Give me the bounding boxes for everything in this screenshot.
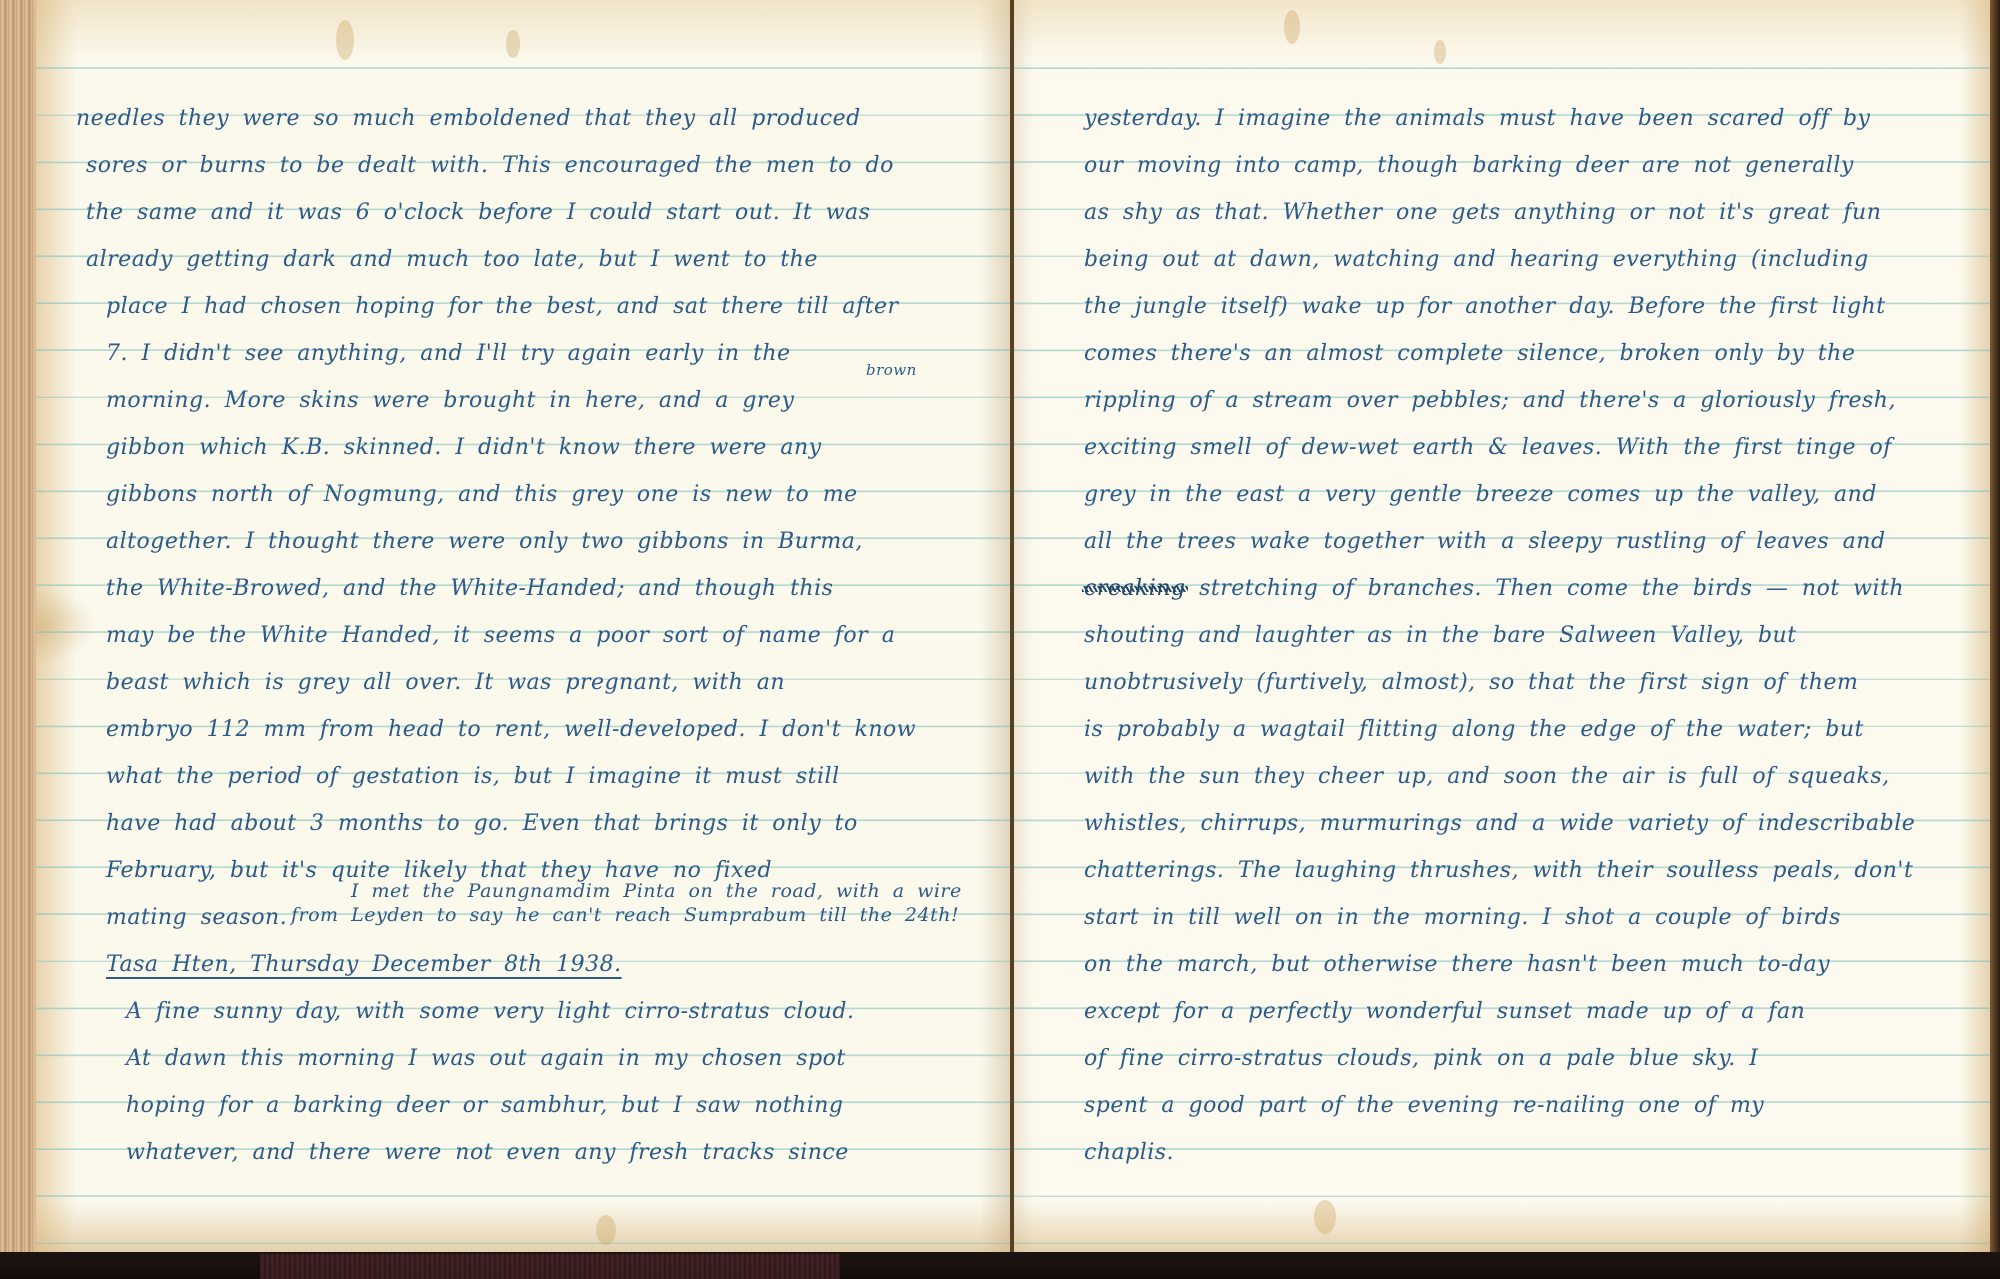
handwritten-line: sores or burns to be dealt with. This en… [76, 142, 996, 189]
water-stain [1314, 1200, 1336, 1234]
handwritten-line: the same and it was 6 o'clock before I c… [76, 189, 996, 236]
notebook-spread: needles they were so much emboldened tha… [0, 0, 2000, 1279]
inserted-note: I met the Paungnamdim Pinta on the road,… [351, 880, 962, 902]
handwritten-line: what the period of gestation is, but I i… [76, 753, 996, 800]
handwritten-line: with the sun they cheer up, and soon the… [1084, 753, 1974, 800]
water-stain [336, 20, 354, 60]
handwritten-line: beast which is grey all over. It was pre… [76, 659, 996, 706]
handwritten-line: embryo 112 mm from head to rent, well-de… [76, 706, 996, 753]
handwritten-line: A fine sunny day, with some very light c… [76, 988, 996, 1035]
handwritten-line: needles they were so much emboldened tha… [76, 95, 996, 142]
handwritten-line: gibbons north of Nogmung, and this grey … [76, 471, 996, 518]
handwritten-line: hoping for a barking deer or sambhur, bu… [76, 1082, 996, 1129]
handwritten-line: creaking stretching of branches. Then co… [1084, 565, 1974, 612]
handwritten-line: mating season. I met the Paungnamdim Pin… [76, 894, 996, 941]
cloth-binding [260, 1254, 840, 1279]
struck-out-word: creaking [1084, 565, 1186, 612]
handwritten-line: of fine cirro-stratus clouds, pink on a … [1084, 1035, 1974, 1082]
water-stain [1434, 40, 1446, 64]
left-page: needles they were so much emboldened tha… [36, 0, 1010, 1252]
handwritten-line: is probably a wagtail flitting along the… [1084, 706, 1974, 753]
handwritten-line: chaplis. [1084, 1129, 1974, 1176]
handwritten-line: the jungle itself) wake up for another d… [1084, 283, 1974, 330]
water-stain [1284, 10, 1300, 44]
right-page: yesterday. I imagine the animals must ha… [1014, 0, 1990, 1252]
handwritten-line: exciting smell of dew-wet earth & leaves… [1084, 424, 1974, 471]
handwritten-line: being out at dawn, watching and hearing … [1084, 236, 1974, 283]
handwritten-line: have had about 3 months to go. Even that… [76, 800, 996, 847]
handwritten-line: start in till well on in the morning. I … [1084, 894, 1974, 941]
handwritten-line: whistles, chirrups, murmurings and a wid… [1084, 800, 1974, 847]
handwritten-line: unobtrusively (furtively, almost), so th… [1084, 659, 1974, 706]
handwritten-line: already getting dark and much too late, … [76, 236, 996, 283]
handwritten-line: may be the White Handed, it seems a poor… [76, 612, 996, 659]
handwritten-line: shouting and laughter as in the bare Sal… [1084, 612, 1974, 659]
handwritten-line: whatever, and there were not even any fr… [76, 1129, 996, 1176]
handwritten-line: the White-Browed, and the White-Handed; … [76, 565, 996, 612]
handwritten-line: our moving into camp, though barking dee… [1084, 142, 1974, 189]
handwritten-line: morning. More skins were brought in here… [76, 377, 996, 424]
handwritten-line: place I had chosen hoping for the best, … [76, 283, 996, 330]
handwritten-line: on the march, but otherwise there hasn't… [1084, 941, 1974, 988]
handwritten-line: 7. I didn't see anything, and I'll try a… [76, 330, 996, 377]
date-heading-line: Tasa Hten, Thursday December 8th 1938. [76, 941, 996, 988]
inserted-note: from Leyden to say he can't reach Sumpra… [291, 904, 959, 926]
inserted-word: brown [866, 363, 917, 378]
handwritten-line: yesterday. I imagine the animals must ha… [1084, 95, 1974, 142]
handwritten-line: chatterings. The laughing thrushes, with… [1084, 847, 1974, 894]
handwritten-line: spent a good part of the evening re-nail… [1084, 1082, 1974, 1129]
water-stain [596, 1215, 616, 1245]
water-stain [506, 30, 520, 58]
handwritten-line: At dawn this morning I was out again in … [76, 1035, 996, 1082]
book-cover-bottom [0, 1252, 2000, 1279]
page-edges [0, 0, 39, 1262]
handwritten-line: gibbon which K.B. skinned. I didn't know… [76, 424, 996, 471]
line-text: mating season. [106, 905, 287, 930]
cover-edge [1990, 0, 2000, 1256]
handwritten-line: all the trees wake together with a sleep… [1084, 518, 1974, 565]
entry-date-heading: Tasa Hten, Thursday December 8th 1938. [106, 952, 622, 977]
handwritten-line: rippling of a stream over pebbles; and t… [1084, 377, 1974, 424]
line-text: morning. More skins were brought in here… [106, 388, 794, 413]
left-page-text: needles they were so much emboldened tha… [76, 95, 996, 1176]
handwritten-line: altogether. I thought there were only tw… [76, 518, 996, 565]
handwritten-line: comes there's an almost complete silence… [1084, 330, 1974, 377]
right-page-text: yesterday. I imagine the animals must ha… [1084, 95, 1974, 1176]
handwritten-line: as shy as that. Whether one gets anythin… [1084, 189, 1974, 236]
handwritten-line: except for a perfectly wonderful sunset … [1084, 988, 1974, 1035]
line-text: stretching of branches. Then come the bi… [1199, 576, 1904, 601]
handwritten-line: grey in the east a very gentle breeze co… [1084, 471, 1974, 518]
